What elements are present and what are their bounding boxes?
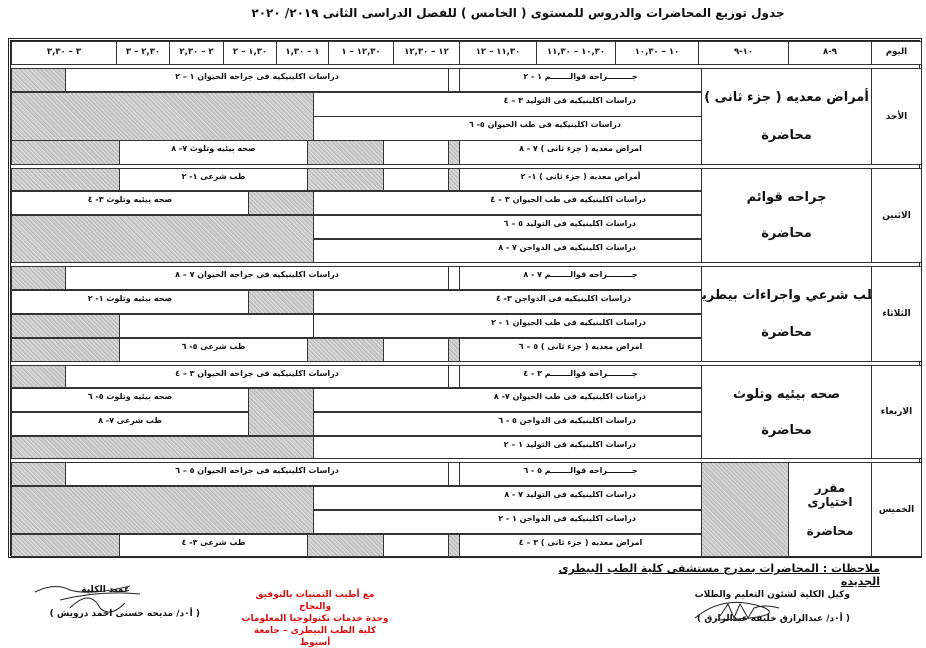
empty-cell [448, 266, 460, 290]
header-slot: ١١,٣٠ – ١٢ [459, 41, 537, 65]
dean-signature: عميد الكلية ( أ٠د/ مديحه حسنى احمد درويش… [20, 585, 200, 619]
grey-cell [701, 462, 789, 557]
grey-cell [11, 92, 314, 141]
grey-cell [11, 534, 120, 557]
header-slot: ٩-٨ [788, 41, 872, 65]
header-slot: ١,٣٠ – ٢ [223, 41, 277, 65]
header-slot: ١٢ – ١٢,٣٠ [393, 41, 460, 65]
header-slot: ١٠,٣٠ – ١١,٣٠ [536, 41, 616, 65]
class-cell: امراض معديه ( جزء ثانى ) ٥ – ٦ [459, 338, 702, 362]
class-cell: جـــــــــراحه قوالـــــــم ٧ - ٨ [459, 266, 702, 290]
lecture-wednesday: صحه بيئيه وتلوثمحاضرة [701, 365, 872, 459]
grey-cell [11, 338, 120, 362]
grey-cell [307, 140, 384, 165]
grey-cell [11, 168, 120, 191]
day-tuesday: الثلاثاء [871, 266, 922, 362]
class-cell: امراض معديه ( جزء ثانى ) ٣ – ٤ [459, 534, 702, 557]
class-cell: صحه بيئيه وتلوث ٥- ٦ [11, 388, 249, 412]
class-cell: طب شرعى ٣- ٤ [119, 534, 308, 557]
header-slot: ١٢,٣٠ – ١ [328, 41, 394, 65]
class-cell: طب شرعى ١- ٢ [119, 168, 308, 191]
header-slot: ٣ – ٣,٣٠ [11, 41, 117, 65]
grey-cell [11, 266, 66, 290]
grey-cell [448, 168, 460, 191]
class-cell: دراسات اكلينيكيه فى الدواجن ٥ - ٦ [313, 412, 702, 436]
empty-cell [119, 314, 314, 338]
day-monday: الاثنين [871, 168, 922, 263]
notes: ملاحظات : المحاضرات بمدرج مستشفى كلية ال… [520, 562, 880, 588]
grey-cell [307, 338, 384, 362]
class-cell: دراسات اكلينيكيه فى الدواجن ١ - ٢ [313, 510, 702, 534]
grey-cell [448, 338, 460, 362]
grey-cell [11, 486, 314, 534]
lecture-tuesday: طب شرعي واجراءات بيطريهمحاضرة [701, 266, 872, 362]
empty-cell [383, 168, 449, 191]
grey-cell [11, 436, 314, 459]
class-cell: دراسات اكلينيكيه فى جراحه الحيوان ٣ – ٤ [65, 365, 449, 388]
class-cell: دراسات اكلينيكيه فى جراحه الحيوان ١ – ٢ [65, 68, 449, 92]
empty-cell [448, 68, 460, 92]
class-cell: دراسات اكلينيكيه فى جراحه الحيوان ٥ – ٦ [65, 462, 449, 486]
class-cell: دراسات اكلينيكيه فى الدواجن ٧ - ٨ [313, 239, 702, 263]
grey-cell [448, 534, 460, 557]
page-title: جدول توزيع المحاضرات والدروس للمستوى ( ا… [0, 6, 926, 20]
class-cell: أمراض معديه ( جزء ثانى ) ١- ٢ [459, 168, 702, 191]
class-cell: جـــــــــراحه قوالـــــــم ٣ - ٤ [459, 365, 702, 388]
class-cell: دراسات اكلينيكيه فى طب الحيوان ٥- ٦ [313, 116, 702, 141]
class-cell: دراسات اكلينيكيه فى الدواجن ٣- ٤ [313, 290, 702, 314]
empty-cell [383, 534, 449, 557]
grey-cell [11, 462, 66, 486]
empty-cell [383, 140, 449, 165]
grey-cell [248, 191, 314, 215]
header-slot: ٢ – ٢,٣٠ [169, 41, 224, 65]
grey-cell [11, 68, 66, 92]
class-cell: دراسات اكلينيكيه فى التوليد ٥ – ٦ [313, 215, 702, 239]
day-thursday: الخميس [871, 462, 922, 557]
class-cell: امراض معديه ( جزء ثانى ) ٧ - ٨ [459, 140, 702, 165]
class-cell: صحه بيئيه وتلوث ٧- ٨ [119, 140, 308, 165]
signature-scribble-icon [690, 598, 800, 628]
grey-cell [11, 140, 120, 165]
grey-cell [307, 534, 384, 557]
class-cell: جـــــــــراحه قوالـــــــم ١ - ٢ [459, 68, 702, 92]
lecture-monday: جراحه قوائممحاضرة [701, 168, 872, 263]
header-day: اليوم [871, 41, 922, 65]
grey-cell [11, 314, 120, 338]
grey-cell [448, 140, 460, 165]
class-cell: دراسات اكلينيكيه فى طب الحيوان ١ - ٢ [313, 314, 702, 338]
day-wednesday: الاربعاء [871, 365, 922, 459]
lecture-thursday: مقرر اختيارىمحاضرة [788, 462, 872, 557]
class-cell: دراسات اكلينيكيه فى طب الحيوان ٧- ٨ [313, 388, 702, 412]
class-cell: طب شرعى ٥- ٦ [119, 338, 308, 362]
class-cell: دراسات اكلينيكيه فى التوليد ١ – ٢ [313, 436, 702, 459]
grey-cell [248, 290, 314, 314]
class-cell: دراسات اكلينيكيه فى التوليد ٧ - ٨ [313, 486, 702, 510]
grey-cell [307, 168, 384, 191]
grey-cell [11, 215, 314, 263]
lecture-sunday: أمراض معديه ( جزء ثانى )محاضرة [701, 68, 872, 165]
header-slot: ١ – ١,٣٠ [276, 41, 329, 65]
empty-cell [448, 365, 460, 388]
class-cell: دراسات اكلينيكيه فى جراحه الحيوان ٧ – ٨ [65, 266, 449, 290]
empty-cell [383, 338, 449, 362]
class-cell: دراسات اكلينيكيه فى التوليد ٣ – ٤ [313, 92, 702, 117]
day-sunday: الأحد [871, 68, 922, 165]
signature-scribble-icon [30, 580, 150, 620]
header-slot: ١٠ – ١٠,٣٠ [615, 41, 699, 65]
grey-cell [11, 365, 66, 388]
schedule-table: اليوم ٩-٨ ١٠-٩ ١٠ – ١٠,٣٠ ١٠,٣٠ – ١١,٣٠ … [8, 38, 922, 558]
class-cell: صحه بيئيه وتلوث ٣- ٤ [11, 191, 249, 215]
vice-dean-signature: وكيل الكلية لشئون التعليم والطلاب ( أ٠د/… [660, 590, 850, 624]
footer-message: مع أطيب التمنيات بالتوفيق والنجاح وحدة خ… [240, 589, 390, 648]
header-slot: ١٠-٩ [698, 41, 789, 65]
grey-cell [248, 388, 314, 436]
class-cell: طب شرعى ٧- ٨ [11, 412, 249, 436]
header-slot: ٢,٣٠ – ٣ [116, 41, 170, 65]
class-cell: جـــــــــراحه قوالـــــــم ٥ - ٦ [459, 462, 702, 486]
empty-cell [448, 462, 460, 486]
class-cell: دراسات اكلينيكيه فى طب الحيوان ٣ – ٤ [313, 191, 702, 215]
class-cell: صحه بيئيه وتلوث ١- ٢ [11, 290, 249, 314]
